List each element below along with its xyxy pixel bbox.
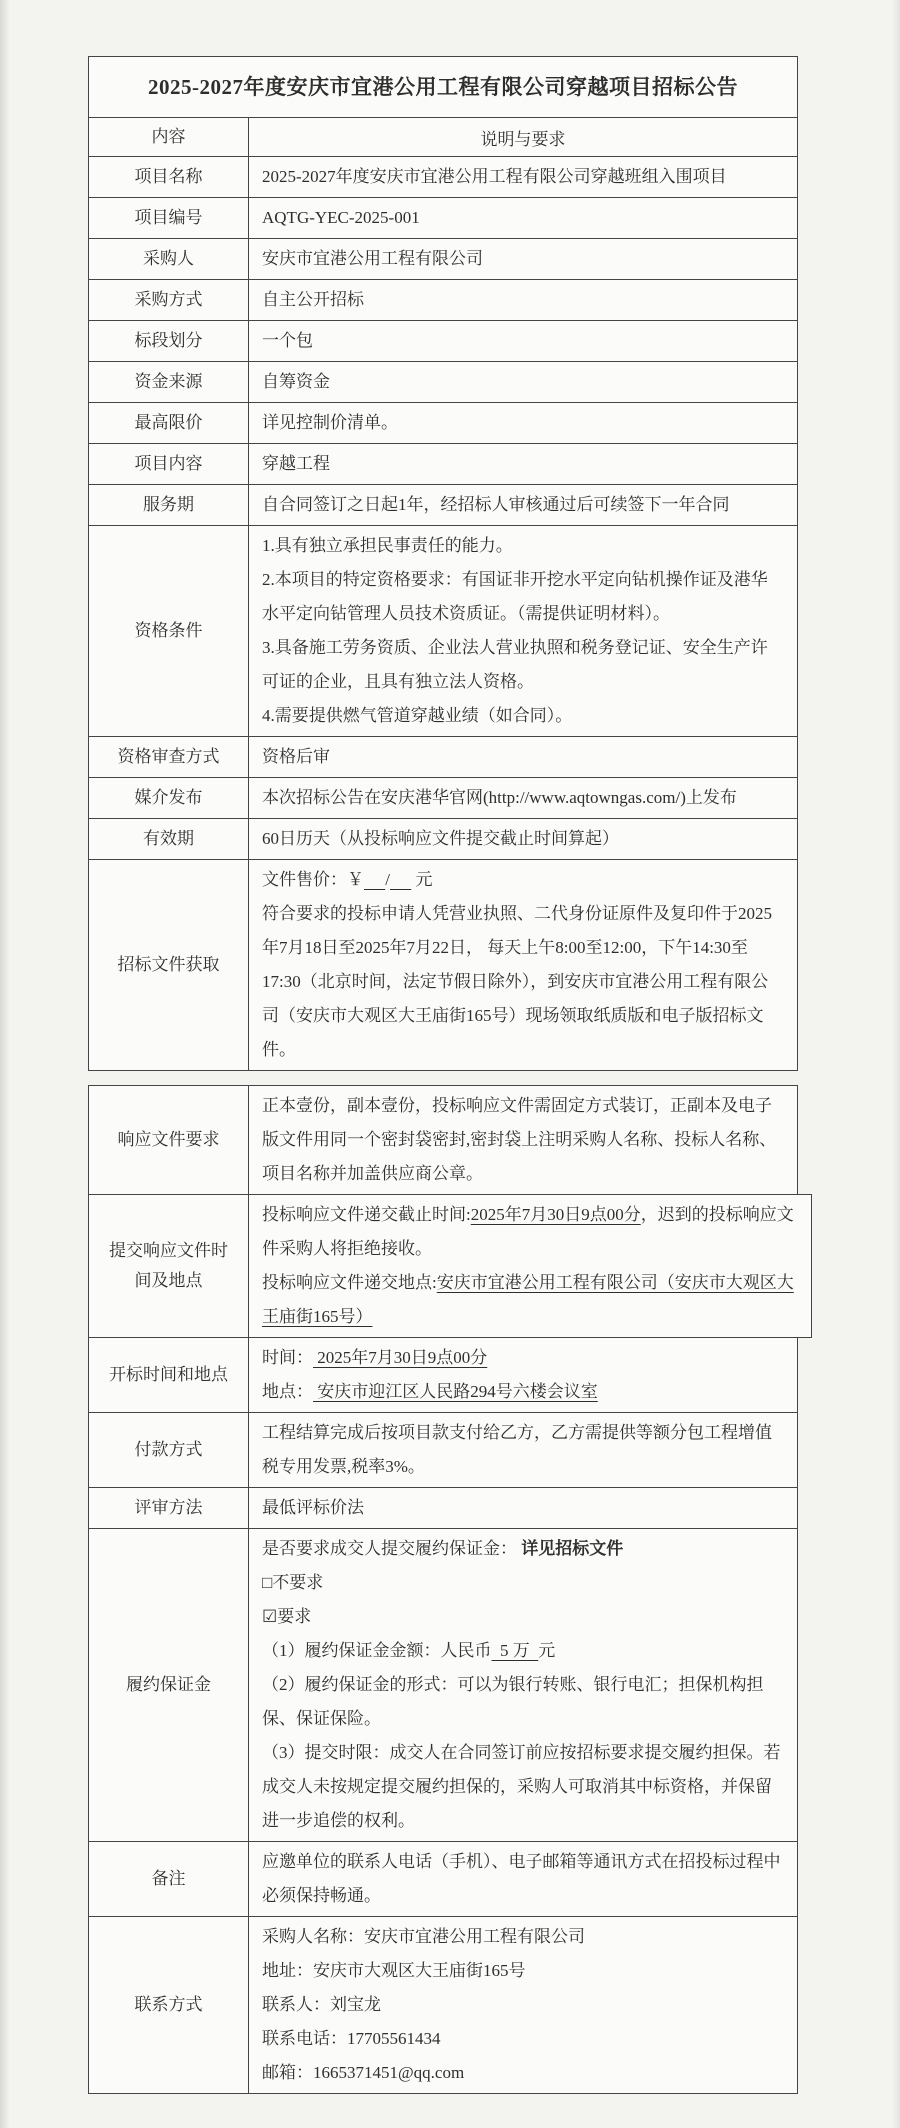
scanned-tender-document-page: { "colors": { "page_background": "#f3f3f…	[0, 0, 900, 2128]
text-segment: 2025-2027年度安庆市宜港公用工程有限公司穿越班组入围项目	[262, 167, 727, 186]
text-segment: AQTG-YEC-2025-001	[262, 208, 420, 227]
underlined-text: 安庆市迎江区人民路294号六楼会议室	[313, 1382, 598, 1401]
text-segment: 资格后审	[262, 747, 330, 766]
project-name-value: 2025-2027年度安庆市宜港公用工程有限公司穿越班组入围项目	[249, 157, 797, 197]
text-segment: 是否要求成交人提交履约保证金：	[262, 1539, 517, 1558]
evaluation-method-value: 最低评标价法	[249, 1488, 797, 1528]
project-name-label: 项目名称	[89, 157, 249, 197]
text-segment: 1.具有独立承担民事责任的能力。	[262, 536, 513, 555]
value-line: 安庆市宜港公用工程有限公司	[262, 242, 784, 276]
performance-bond-value: 是否要求成交人提交履约保证金： 详见招标文件□不要求☑要求（1）履约保证金金额：…	[249, 1529, 797, 1841]
text-segment: 最低评标价法	[262, 1498, 364, 1517]
column-header-row: 内容 说明与要求	[88, 117, 798, 157]
row-validity-period: 有效期60日历天（从投标响应文件提交截止时间算起）	[88, 818, 798, 860]
value-line: 自合同签订之日起1年，经招标人审核通过后可续签下一年合同	[262, 488, 784, 522]
payment-method-value: 工程结算完成后按项目款支付给乙方，乙方需提供等额分包工程增值税专用发票,税率3%…	[249, 1413, 797, 1487]
document-acquisition-label: 招标文件获取	[89, 860, 249, 1070]
payment-method-label: 付款方式	[89, 1413, 249, 1487]
row-project-number: 项目编号AQTG-YEC-2025-001	[88, 197, 798, 239]
value-line: 一个包	[262, 324, 784, 358]
funding-source-value: 自筹资金	[249, 362, 797, 402]
text-segment: 一个包	[262, 331, 313, 350]
evaluation-method-label: 评审方法	[89, 1488, 249, 1528]
project-content-value: 穿越工程	[249, 444, 797, 484]
row-media-publication: 媒介发布本次招标公告在安庆港华官网(http://www.aqtowngas.c…	[88, 777, 798, 819]
underlined-text	[390, 870, 411, 889]
procurement-method-label: 采购方式	[89, 280, 249, 320]
purchaser-label: 采购人	[89, 239, 249, 279]
text-segment: 联系电话：17705561434	[262, 2029, 441, 2048]
validity-period-value: 60日历天（从投标响应文件提交截止时间算起）	[249, 819, 797, 859]
value-line: （3）提交时限：成交人在合同签订前应按招标要求提交履约担保。若成交人未按规定提交…	[262, 1736, 784, 1838]
underlined-text: 2025年7月30日9点00分	[471, 1205, 641, 1224]
value-line: AQTG-YEC-2025-001	[262, 201, 784, 235]
value-line: 2025-2027年度安庆市宜港公用工程有限公司穿越班组入围项目	[262, 160, 784, 194]
value-line: 2.本项目的特定资格要求：有国证非开挖水平定向钻机操作证及港华水平定向钻管理人员…	[262, 563, 784, 631]
value-line: 最低评标价法	[262, 1491, 784, 1525]
text-segment: 投标响应文件递交地点:	[262, 1273, 437, 1292]
value-line: ☑要求	[262, 1600, 784, 1634]
value-line: 符合要求的投标申请人凭营业执照、二代身份证原件及复印件于2025年7月18日至2…	[262, 897, 784, 1067]
description-column-header: 说明与要求	[249, 118, 797, 156]
value-line: （2）履约保证金的形式：可以为银行转账、银行电汇；担保机构担保、保证保险。	[262, 1668, 784, 1736]
text-segment: 详见控制价清单。	[262, 413, 398, 432]
text-segment: 文件售价：￥	[262, 870, 364, 889]
submission-time-and-place-label: 提交响应文件时间及地点	[89, 1195, 249, 1337]
row-project-name: 项目名称2025-2027年度安庆市宜港公用工程有限公司穿越班组入围项目	[88, 156, 798, 198]
procurement-method-value: 自主公开招标	[249, 280, 797, 320]
validity-period-label: 有效期	[89, 819, 249, 859]
row-service-period: 服务期自合同签订之日起1年，经招标人审核通过后可续签下一年合同	[88, 484, 798, 526]
media-publication-value: 本次招标公告在安庆港华官网(http://www.aqtowngas.com/)…	[249, 778, 797, 818]
response-document-requirements-value: 正本壹份，副本壹份，投标响应文件需固定方式装订，正副本及电子版文件用同一个密封袋…	[249, 1086, 797, 1194]
text-segment: 4.需要提供燃气管道穿越业绩（如合同）。	[262, 706, 572, 725]
submission-time-and-place-value: 投标响应文件递交截止时间:2025年7月30日9点00分，迟到的投标响应文件采购…	[249, 1195, 811, 1337]
text-segment: 元	[411, 870, 432, 889]
value-line: 3.具备施工劳务资质、企业法人营业执照和税务登记证、安全生产许可证的企业，且具有…	[262, 631, 784, 699]
row-procurement-method: 采购方式自主公开招标	[88, 279, 798, 321]
max-price-limit-value: 详见控制价清单。	[249, 403, 797, 443]
value-line: 时间： 2025年7月30日9点00分	[262, 1341, 784, 1375]
text-segment: 自合同签订之日起1年，经招标人审核通过后可续签下一年合同	[262, 495, 730, 514]
value-line: 本次招标公告在安庆港华官网(http://www.aqtowngas.com/)…	[262, 781, 784, 815]
row-document-acquisition: 招标文件获取文件售价：￥ / 元符合要求的投标申请人凭营业执照、二代身份证原件及…	[88, 859, 798, 1071]
bold-text: 详见招标文件	[517, 1539, 623, 1558]
value-line: 自筹资金	[262, 365, 784, 399]
value-line: 邮箱：1665371451@qq.com	[262, 2056, 784, 2090]
document-title: 2025-2027年度安庆市宜港公用工程有限公司穿越项目招标公告	[89, 57, 797, 117]
text-segment: 安庆市宜港公用工程有限公司	[262, 249, 483, 268]
row-contact-information: 联系方式采购人名称：安庆市宜港公用工程有限公司地址：安庆市大观区大王庙街165号…	[88, 1916, 798, 2094]
service-period-label: 服务期	[89, 485, 249, 525]
text-segment: 符合要求的投标申请人凭营业执照、二代身份证原件及复印件于2025年7月18日至2…	[262, 904, 772, 1059]
text-segment: 正本壹份，副本壹份，投标响应文件需固定方式装订，正副本及电子版文件用同一个密封袋…	[262, 1096, 776, 1183]
checkbox-checked-icon: ☑	[262, 1607, 277, 1626]
project-number-value: AQTG-YEC-2025-001	[249, 198, 797, 238]
row-qualification-conditions: 资格条件1.具有独立承担民事责任的能力。2.本项目的特定资格要求：有国证非开挖水…	[88, 525, 798, 737]
value-line: 文件售价：￥ / 元	[262, 863, 784, 897]
text-segment: 2.本项目的特定资格要求：有国证非开挖水平定向钻机操作证及港华水平定向钻管理人员…	[262, 570, 768, 623]
value-line: 投标响应文件递交地点:安庆市宜港公用工程有限公司（安庆市大观区大王庙街165号）	[262, 1266, 798, 1334]
underlined-text: 2025年7月30日9点00分	[313, 1348, 487, 1367]
value-line: 投标响应文件递交截止时间:2025年7月30日9点00分，迟到的投标响应文件采购…	[262, 1198, 798, 1266]
text-segment: （3）提交时限：成交人在合同签订前应按招标要求提交履约担保。若成交人未按规定提交…	[262, 1743, 781, 1830]
text-segment: 地点：	[262, 1382, 313, 1401]
text-segment: 邮箱：1665371451@qq.com	[262, 2063, 464, 2082]
row-bid-section-division: 标段划分一个包	[88, 320, 798, 362]
bid-section-division-label: 标段划分	[89, 321, 249, 361]
checkbox-unchecked-icon: □	[262, 1573, 272, 1592]
max-price-limit-label: 最高限价	[89, 403, 249, 443]
service-period-value: 自合同签订之日起1年，经招标人审核通过后可续签下一年合同	[249, 485, 797, 525]
value-line: 正本壹份，副本壹份，投标响应文件需固定方式装订，正副本及电子版文件用同一个密封袋…	[262, 1089, 784, 1191]
row-qualification-review-method: 资格审查方式资格后审	[88, 736, 798, 778]
contact-information-value: 采购人名称：安庆市宜港公用工程有限公司地址：安庆市大观区大王庙街165号联系人：…	[249, 1917, 797, 2093]
text-segment: 自筹资金	[262, 372, 330, 391]
performance-bond-label: 履约保证金	[89, 1529, 249, 1841]
text-segment: 60日历天（从投标响应文件提交截止时间算起）	[262, 829, 619, 848]
text-segment: 投标响应文件递交截止时间:	[262, 1205, 471, 1224]
text-segment: 要求	[277, 1607, 311, 1626]
row-response-document-requirements: 响应文件要求正本壹份，副本壹份，投标响应文件需固定方式装订，正副本及电子版文件用…	[88, 1085, 798, 1195]
qualification-conditions-label: 资格条件	[89, 526, 249, 736]
bid-section-division-value: 一个包	[249, 321, 797, 361]
text-segment: 工程结算完成后按项目款支付给乙方，乙方需提供等额分包工程增值税专用发票,税率3%…	[262, 1423, 772, 1476]
text-segment: （1）履约保证金金额：人民币	[262, 1641, 492, 1660]
text-segment: 地址：安庆市大观区大王庙街165号	[262, 1961, 526, 1980]
text-segment: 穿越工程	[262, 454, 330, 473]
text-segment: 时间：	[262, 1348, 313, 1367]
tender-announcement-table-2: 响应文件要求正本壹份，副本壹份，投标响应文件需固定方式装订，正副本及电子版文件用…	[88, 1085, 798, 2094]
row-max-price-limit: 最高限价详见控制价清单。	[88, 402, 798, 444]
value-line: 穿越工程	[262, 447, 784, 481]
qualification-review-method-value: 资格后审	[249, 737, 797, 777]
text-segment: 元	[538, 1641, 555, 1660]
value-line: 4.需要提供燃气管道穿越业绩（如合同）。	[262, 699, 784, 733]
contact-information-label: 联系方式	[89, 1917, 249, 2093]
value-line: 地址：安庆市大观区大王庙街165号	[262, 1954, 784, 1988]
text-segment: 采购人名称：安庆市宜港公用工程有限公司	[262, 1927, 585, 1946]
text-segment: 联系人：刘宝龙	[262, 1995, 381, 2014]
value-line: 资格后审	[262, 740, 784, 774]
bid-opening-time-and-place-label: 开标时间和地点	[89, 1338, 249, 1412]
text-segment: 不要求	[272, 1573, 323, 1592]
text-segment: 自主公开招标	[262, 290, 364, 309]
text-segment: 3.具备施工劳务资质、企业法人营业执照和税务登记证、安全生产许可证的企业，且具有…	[262, 638, 768, 691]
value-line: 联系电话：17705561434	[262, 2022, 784, 2056]
project-content-label: 项目内容	[89, 444, 249, 484]
text-segment: 应邀单位的联系人电话（手机）、电子邮箱等通讯方式在招投标过程中必须保持畅通。	[262, 1852, 781, 1905]
value-line: 联系人：刘宝龙	[262, 1988, 784, 2022]
tender-announcement-table-1: 2025-2027年度安庆市宜港公用工程有限公司穿越项目招标公告 内容 说明与要…	[88, 56, 798, 1071]
underlined-text	[364, 870, 385, 889]
remarks-label: 备注	[89, 1842, 249, 1916]
funding-source-label: 资金来源	[89, 362, 249, 402]
text-segment: 本次招标公告在安庆港华官网(http://www.aqtowngas.com/)…	[262, 788, 737, 807]
title-row: 2025-2027年度安庆市宜港公用工程有限公司穿越项目招标公告	[88, 56, 798, 118]
value-line: 60日历天（从投标响应文件提交截止时间算起）	[262, 822, 784, 856]
row-remarks: 备注应邀单位的联系人电话（手机）、电子邮箱等通讯方式在招投标过程中必须保持畅通。	[88, 1841, 798, 1917]
response-document-requirements-label: 响应文件要求	[89, 1086, 249, 1194]
value-line: （1）履约保证金金额：人民币 5 万 元	[262, 1634, 784, 1668]
row-bid-opening-time-and-place: 开标时间和地点时间： 2025年7月30日9点00分地点： 安庆市迎江区人民路2…	[88, 1337, 798, 1413]
value-line: 是否要求成交人提交履约保证金： 详见招标文件	[262, 1532, 784, 1566]
remarks-value: 应邀单位的联系人电话（手机）、电子邮箱等通讯方式在招投标过程中必须保持畅通。	[249, 1842, 797, 1916]
value-line: 采购人名称：安庆市宜港公用工程有限公司	[262, 1920, 784, 1954]
row-payment-method: 付款方式工程结算完成后按项目款支付给乙方，乙方需提供等额分包工程增值税专用发票,…	[88, 1412, 798, 1488]
media-publication-label: 媒介发布	[89, 778, 249, 818]
underlined-text: 5 万	[492, 1641, 539, 1660]
row-performance-bond: 履约保证金是否要求成交人提交履约保证金： 详见招标文件□不要求☑要求（1）履约保…	[88, 1528, 798, 1842]
qualification-review-method-label: 资格审查方式	[89, 737, 249, 777]
purchaser-value: 安庆市宜港公用工程有限公司	[249, 239, 797, 279]
text-segment: （2）履约保证金的形式：可以为银行转账、银行电汇；担保机构担保、保证保险。	[262, 1675, 764, 1728]
document-acquisition-value: 文件售价：￥ / 元符合要求的投标申请人凭营业执照、二代身份证原件及复印件于20…	[249, 860, 797, 1070]
row-project-content: 项目内容穿越工程	[88, 443, 798, 485]
value-line: 应邀单位的联系人电话（手机）、电子邮箱等通讯方式在招投标过程中必须保持畅通。	[262, 1845, 784, 1913]
value-line: 地点： 安庆市迎江区人民路294号六楼会议室	[262, 1375, 784, 1409]
value-line: □不要求	[262, 1566, 784, 1600]
content-column-header: 内容	[89, 118, 249, 156]
bid-opening-time-and-place-value: 时间： 2025年7月30日9点00分地点： 安庆市迎江区人民路294号六楼会议…	[249, 1338, 797, 1412]
row-evaluation-method: 评审方法最低评标价法	[88, 1487, 798, 1529]
value-line: 详见控制价清单。	[262, 406, 784, 440]
value-line: 自主公开招标	[262, 283, 784, 317]
row-funding-source: 资金来源自筹资金	[88, 361, 798, 403]
value-line: 1.具有独立承担民事责任的能力。	[262, 529, 784, 563]
value-line: 工程结算完成后按项目款支付给乙方，乙方需提供等额分包工程增值税专用发票,税率3%…	[262, 1416, 784, 1484]
row-purchaser: 采购人安庆市宜港公用工程有限公司	[88, 238, 798, 280]
project-number-label: 项目编号	[89, 198, 249, 238]
qualification-conditions-value: 1.具有独立承担民事责任的能力。2.本项目的特定资格要求：有国证非开挖水平定向钻…	[249, 526, 797, 736]
row-submission-time-and-place: 提交响应文件时间及地点投标响应文件递交截止时间:2025年7月30日9点00分，…	[88, 1194, 812, 1338]
